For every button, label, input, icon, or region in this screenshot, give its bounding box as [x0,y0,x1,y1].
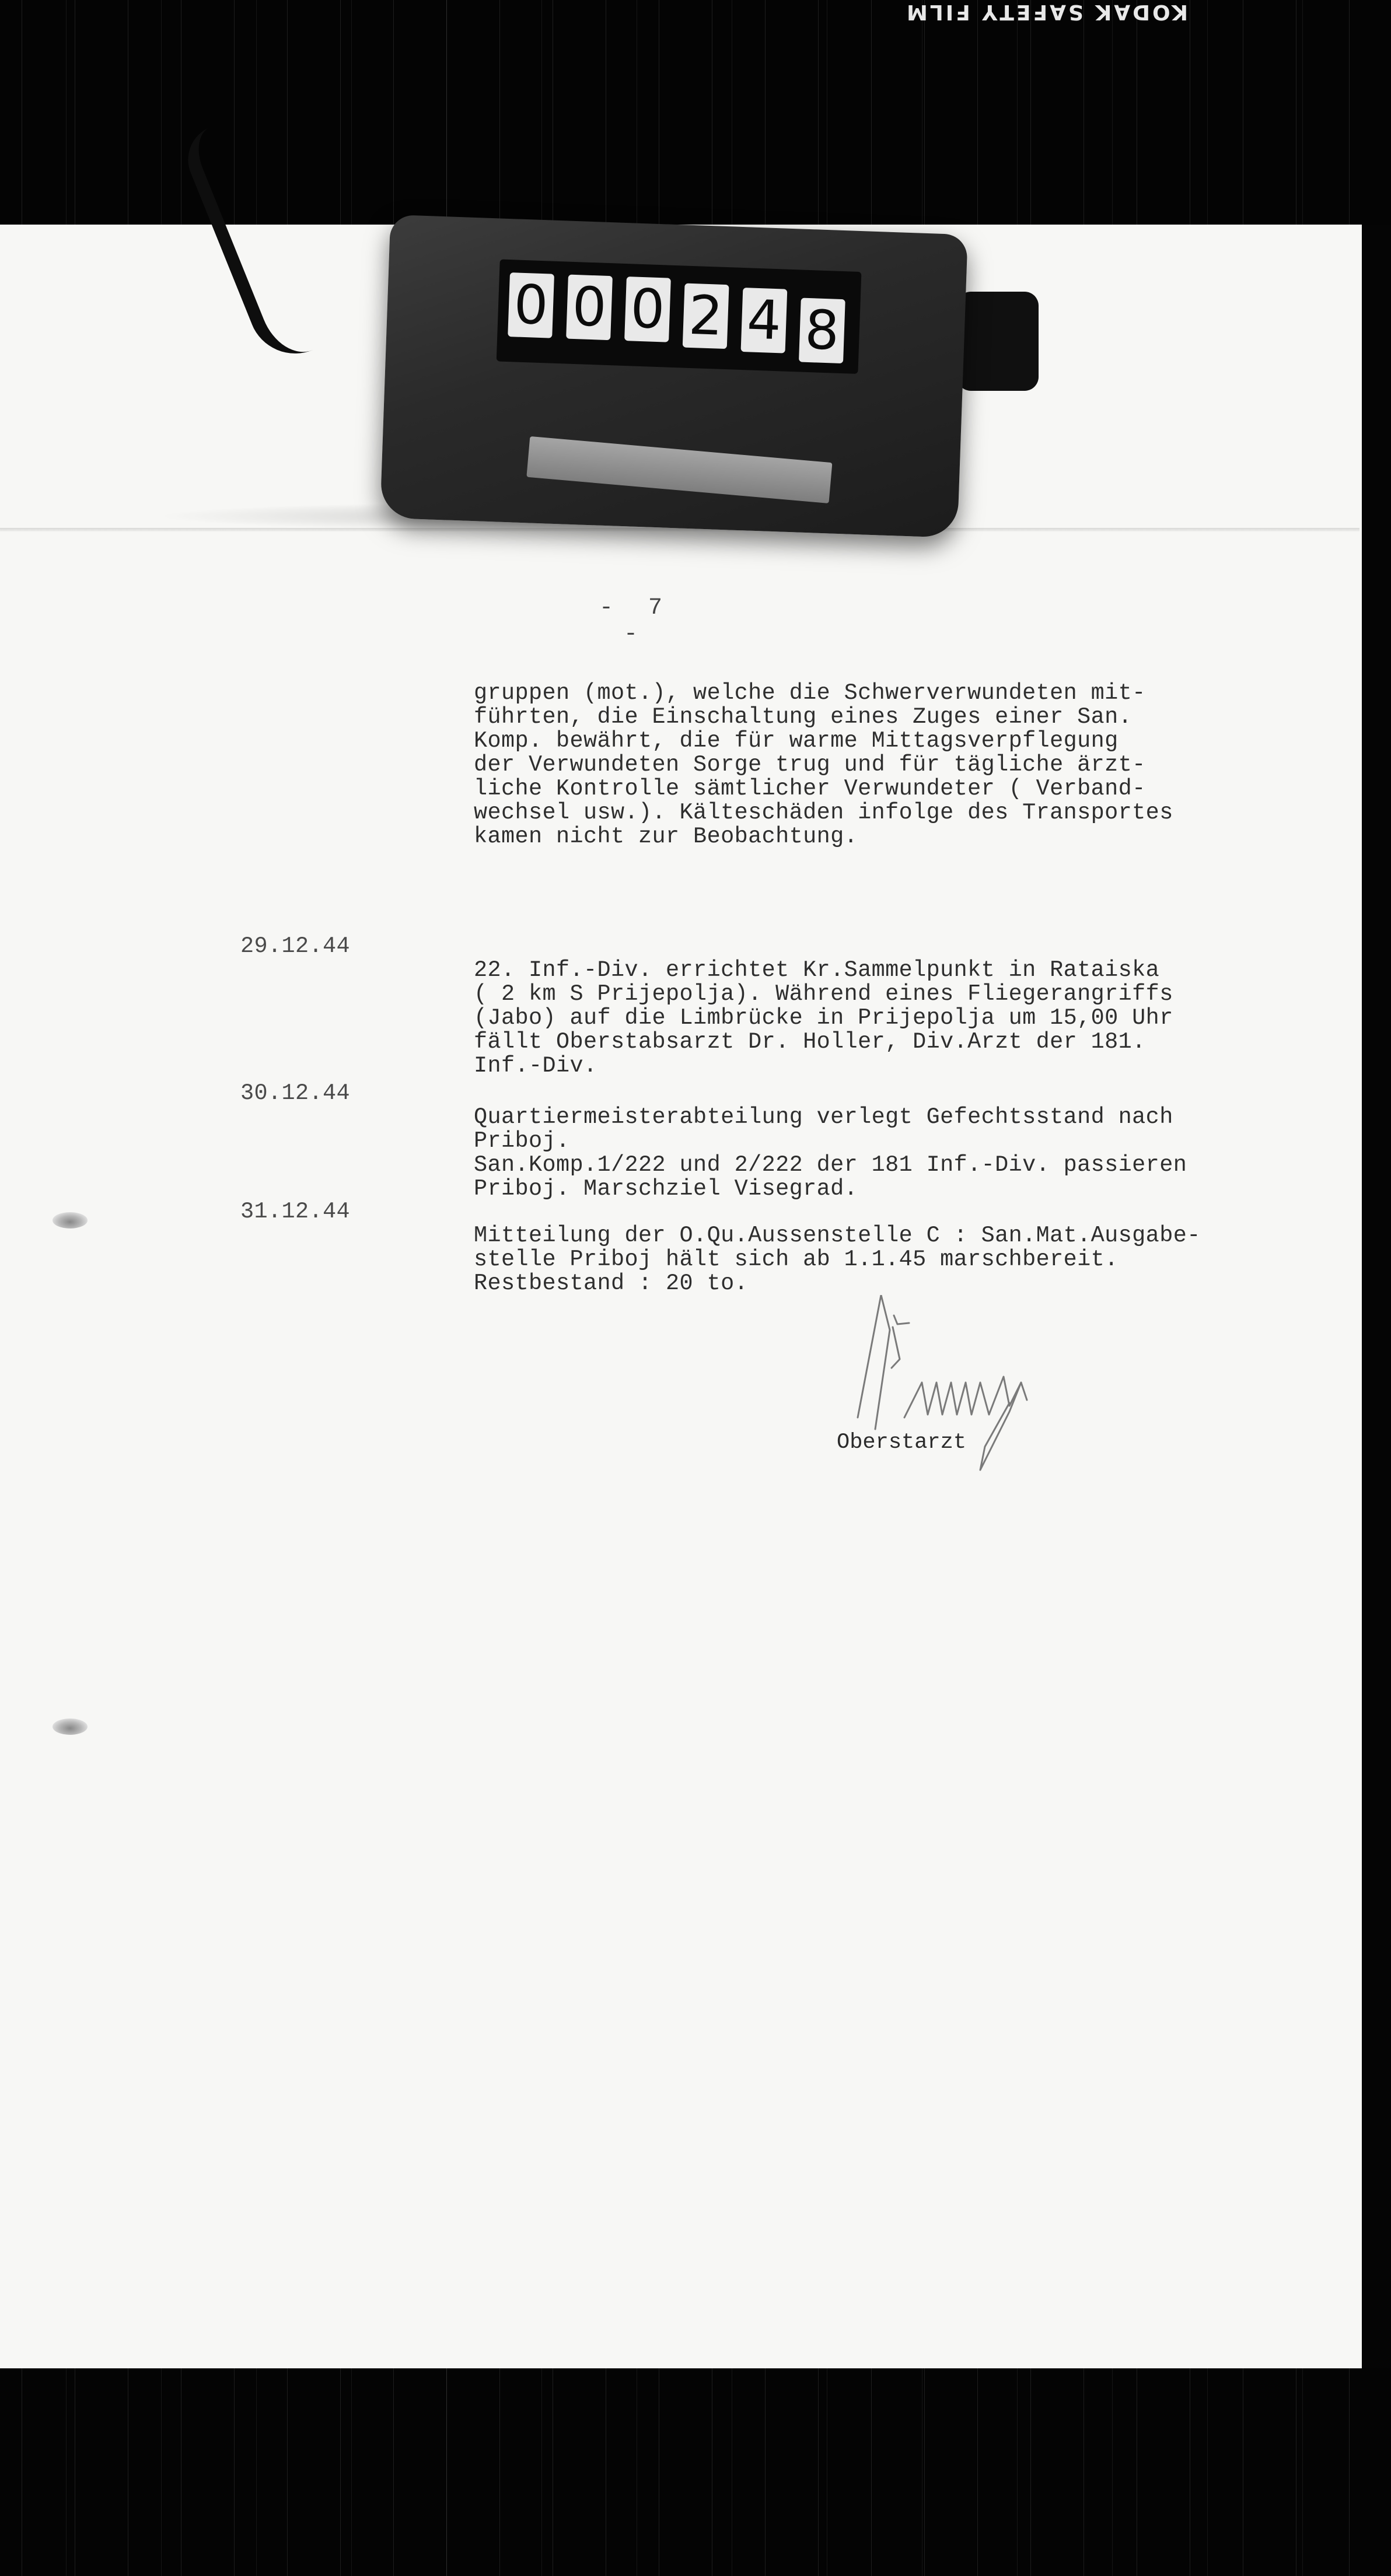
signature-title: Oberstarzt [837,1430,966,1455]
counter-digit: 8 [799,298,845,364]
log-entry: 29.12.44 22. Inf.-Div. errichtet Kr.Samm… [0,887,1342,958]
counter-reset-knob [957,292,1039,391]
counter-digit: 0 [624,276,671,342]
counter-window: 0 0 0 2 4 8 [497,259,862,374]
film-border-bottom [0,2368,1391,2576]
counter-digit: 0 [566,275,613,341]
entry-date: 30.12.44 [240,1081,350,1105]
page-number: - 7 - [578,595,694,647]
counter-digit: 2 [683,283,729,349]
counter-digit: 4 [741,288,788,353]
intro-paragraph: gruppen (mot.), welche die Schwerverwund… [474,681,1173,849]
document-page [0,225,1365,2406]
frame-counter-device: 0 0 0 2 4 8 [380,215,968,538]
punch-hole-icon [53,1718,88,1735]
signature-block: Oberstarzt [834,1295,1103,1487]
film-border-right [1362,225,1391,2406]
entry-date: 31.12.44 [240,1200,350,1224]
counter-nameplate [526,436,832,503]
counter-digit: 0 [508,272,554,338]
film-edge-marking: KODAK SAFETY FILM [904,0,1188,24]
entry-body: Mitteilung der O.Qu.Aussenstelle C : San… [474,1224,1201,1296]
handwritten-signature-icon [834,1295,1103,1487]
log-entry: 31.12.44 Mitteilung der O.Qu.Aussenstell… [0,1152,1342,1224]
log-entry: 30.12.44 Quartiermeisterabteilung verleg… [0,1034,1342,1105]
entry-date: 29.12.44 [240,935,350,958]
paper-fold [0,528,1359,531]
